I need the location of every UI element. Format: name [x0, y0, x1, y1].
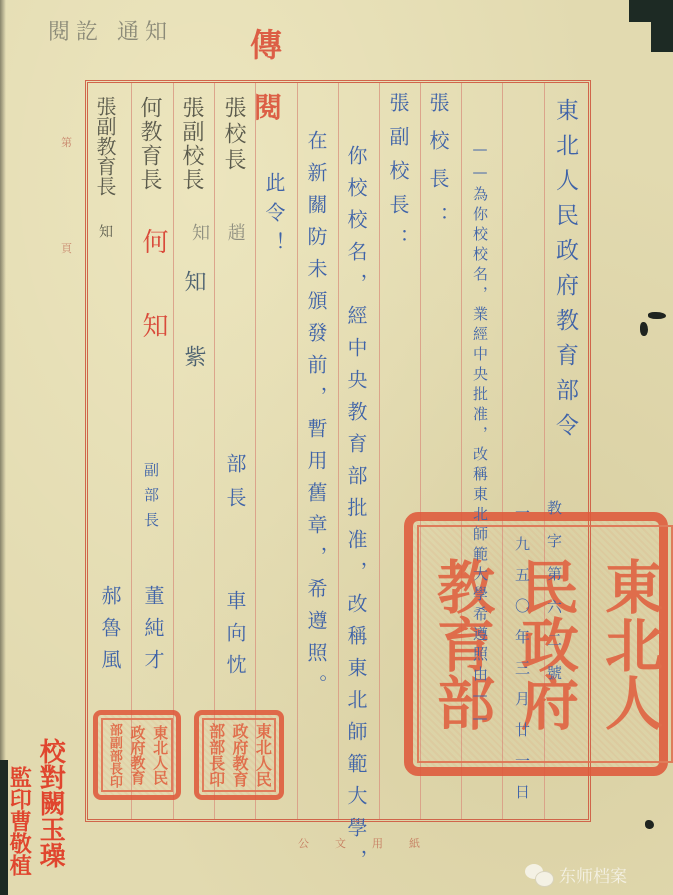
- minister-title: 部長: [225, 453, 245, 521]
- seal-text: 東北人: [587, 527, 671, 761]
- seal-text: 部部長印: [204, 720, 227, 790]
- column-rule: [173, 83, 174, 819]
- order-date: 一九五〇年三月廿一日: [514, 505, 529, 815]
- ack-mark-red: 何 知: [140, 228, 166, 352]
- page-label-bottom: 頁: [61, 240, 72, 256]
- seal-text: 東北人民: [148, 720, 171, 790]
- body-line-2: 在新關防未頒發前，暫用舊章，希遵照。: [306, 130, 326, 706]
- seal-text: 部副部長印: [103, 720, 126, 790]
- vice-minister-name-2: 郝魯風: [100, 585, 120, 681]
- column-rule: [214, 83, 215, 819]
- order-subject: ——為你校校名，業經中央批准，改稱東北師範大學希遵照由——: [472, 140, 487, 732]
- ack-mark: 知: [98, 224, 112, 252]
- circulation-role: 張副教育長: [95, 96, 115, 196]
- ack-mark: 知 紫: [182, 270, 204, 381]
- watermark-text: 东师档案: [559, 862, 627, 887]
- ink-blot: [648, 312, 666, 319]
- proofreader-stamp: 校對闕玉璪: [36, 738, 63, 868]
- wechat-icon: [525, 864, 553, 886]
- seal-text: 教育部: [419, 527, 503, 761]
- vice-minister-name-1: 董純才: [143, 585, 163, 681]
- addressee-president: 張校長：: [428, 92, 448, 244]
- closing-text: 此令！: [264, 172, 284, 262]
- column-rule: [338, 83, 339, 819]
- large-official-seal: 東北人 民政府 教育部: [404, 512, 668, 776]
- seal-text: 政府教育: [227, 720, 250, 790]
- column-rule: [379, 83, 380, 819]
- scan-background-corner: [629, 0, 673, 22]
- vice-minister-title: 副部長: [143, 462, 158, 537]
- column-rule: [255, 83, 256, 819]
- circulation-role: 張副校長: [180, 96, 202, 192]
- minister-seal: 東北人民 政府教育 部部長印: [194, 710, 284, 800]
- page-label-top: 第: [61, 134, 72, 150]
- seal-keeper-stamp: 監印曹敬植: [6, 766, 31, 876]
- seal-text: 政府教育: [126, 720, 149, 790]
- ack-mark: 知 趙: [192, 225, 252, 243]
- minister-name: 車向忱: [225, 590, 245, 686]
- ink-blot: [640, 322, 648, 336]
- circulation-stamp-char: 傳: [250, 20, 282, 66]
- footer-paper-label: 公文用紙: [298, 835, 446, 851]
- order-number: 教字第六二號: [546, 500, 561, 698]
- circulation-role: 張校長: [222, 96, 244, 174]
- circulation-role: 何教育長: [138, 96, 160, 192]
- ink-blot: [645, 820, 654, 829]
- issuer-title: 東北人民政府教育部令: [553, 98, 576, 448]
- wechat-watermark: 东师档案: [525, 862, 627, 887]
- vice-minister-seal: 東北人民 政府教育 部副部長印: [93, 710, 181, 800]
- body-line-1: 你校校名，經中央教育部批准，改稱東北師範大學，: [346, 145, 366, 881]
- column-rule: [131, 83, 132, 819]
- pencil-note-top: 閱訖 通知: [48, 22, 173, 44]
- seal-text: 東北人民: [251, 720, 274, 790]
- addressee-vice-president: 張副校長：: [388, 92, 408, 262]
- column-rule: [297, 83, 298, 819]
